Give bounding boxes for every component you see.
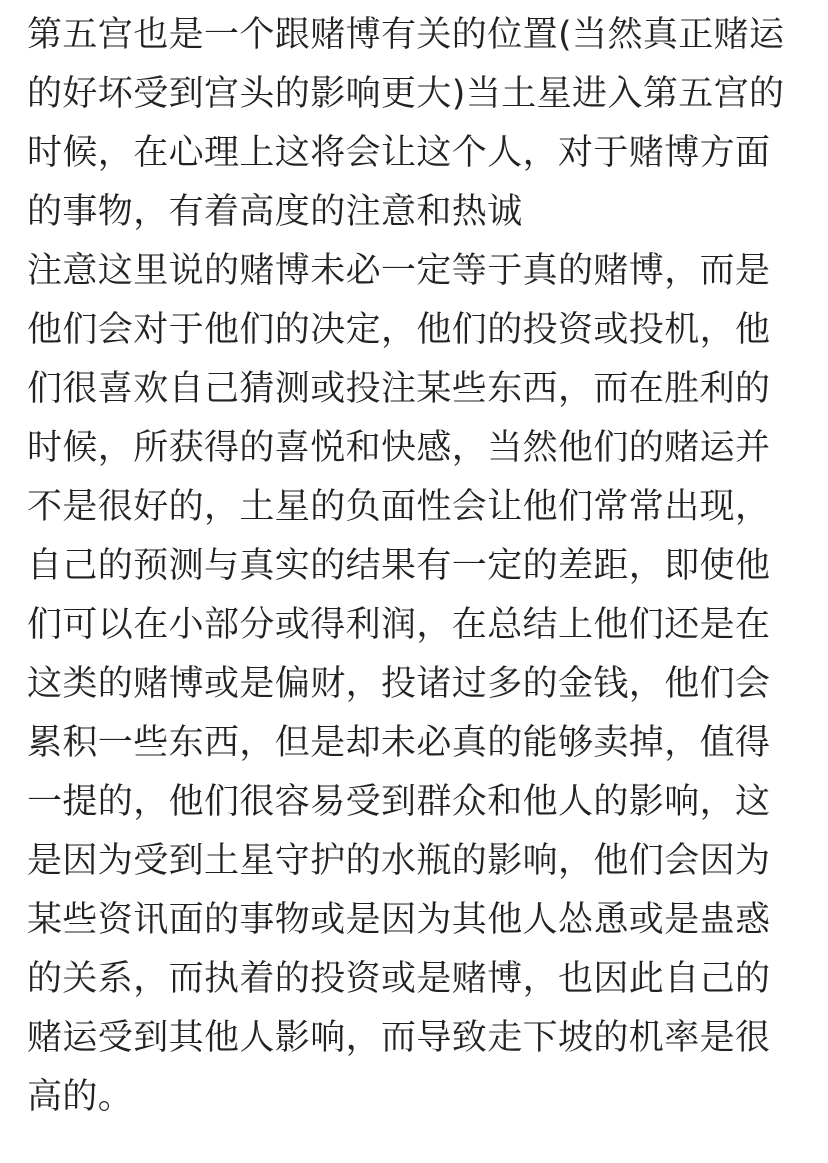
text-line: 们很喜欢自己猜测或投注某些东西，而在胜利的 <box>27 360 817 419</box>
text-line: 时候，在心理上这将会让这个人，对于赌博方面 <box>27 124 817 183</box>
text-line: 是因为受到土星守护的水瓶的影响，他们会因为 <box>27 832 817 891</box>
text-line: 不是很好的，土星的负面性会让他们常常出现， <box>27 478 817 537</box>
text-line: 高的。 <box>27 1068 817 1127</box>
text-line: 某些资讯面的事物或是因为其他人怂恿或是蛊惑 <box>27 891 817 950</box>
text-line: 自己的预测与真实的结果有一定的差距，即使他 <box>27 537 817 596</box>
text-line: 们可以在小部分或得利润，在总结上他们还是在 <box>27 596 817 655</box>
text-line: 赌运受到其他人影响，而导致走下坡的机率是很 <box>27 1009 817 1068</box>
text-line: 一提的，他们很容易受到群众和他人的影响，这 <box>27 773 817 832</box>
text-line: 他们会对于他们的决定，他们的投资或投机，他 <box>27 301 817 360</box>
article-body: 第五宫也是一个跟赌博有关的位置(当然真正赌运 的好坏受到宫头的影响更大)当土星进… <box>27 6 817 1127</box>
text-line: 这类的赌博或是偏财，投诸过多的金钱，他们会 <box>27 655 817 714</box>
paragraph-2: 注意这里说的赌博未必一定等于真的赌博，而是 他们会对于他们的决定，他们的投资或投… <box>27 242 817 1127</box>
text-line: 的好坏受到宫头的影响更大)当土星进入第五宫的 <box>27 65 817 124</box>
text-line: 第五宫也是一个跟赌博有关的位置(当然真正赌运 <box>27 6 817 65</box>
text-line: 的事物，有着高度的注意和热诚 <box>27 183 817 242</box>
text-line: 注意这里说的赌博未必一定等于真的赌博，而是 <box>27 242 817 301</box>
text-line: 累积一些东西，但是却未必真的能够卖掉，值得 <box>27 714 817 773</box>
text-line: 的关系，而执着的投资或是赌博，也因此自己的 <box>27 950 817 1009</box>
paragraph-1: 第五宫也是一个跟赌博有关的位置(当然真正赌运 的好坏受到宫头的影响更大)当土星进… <box>27 6 817 242</box>
text-line: 时候，所获得的喜悦和快感，当然他们的赌运并 <box>27 419 817 478</box>
